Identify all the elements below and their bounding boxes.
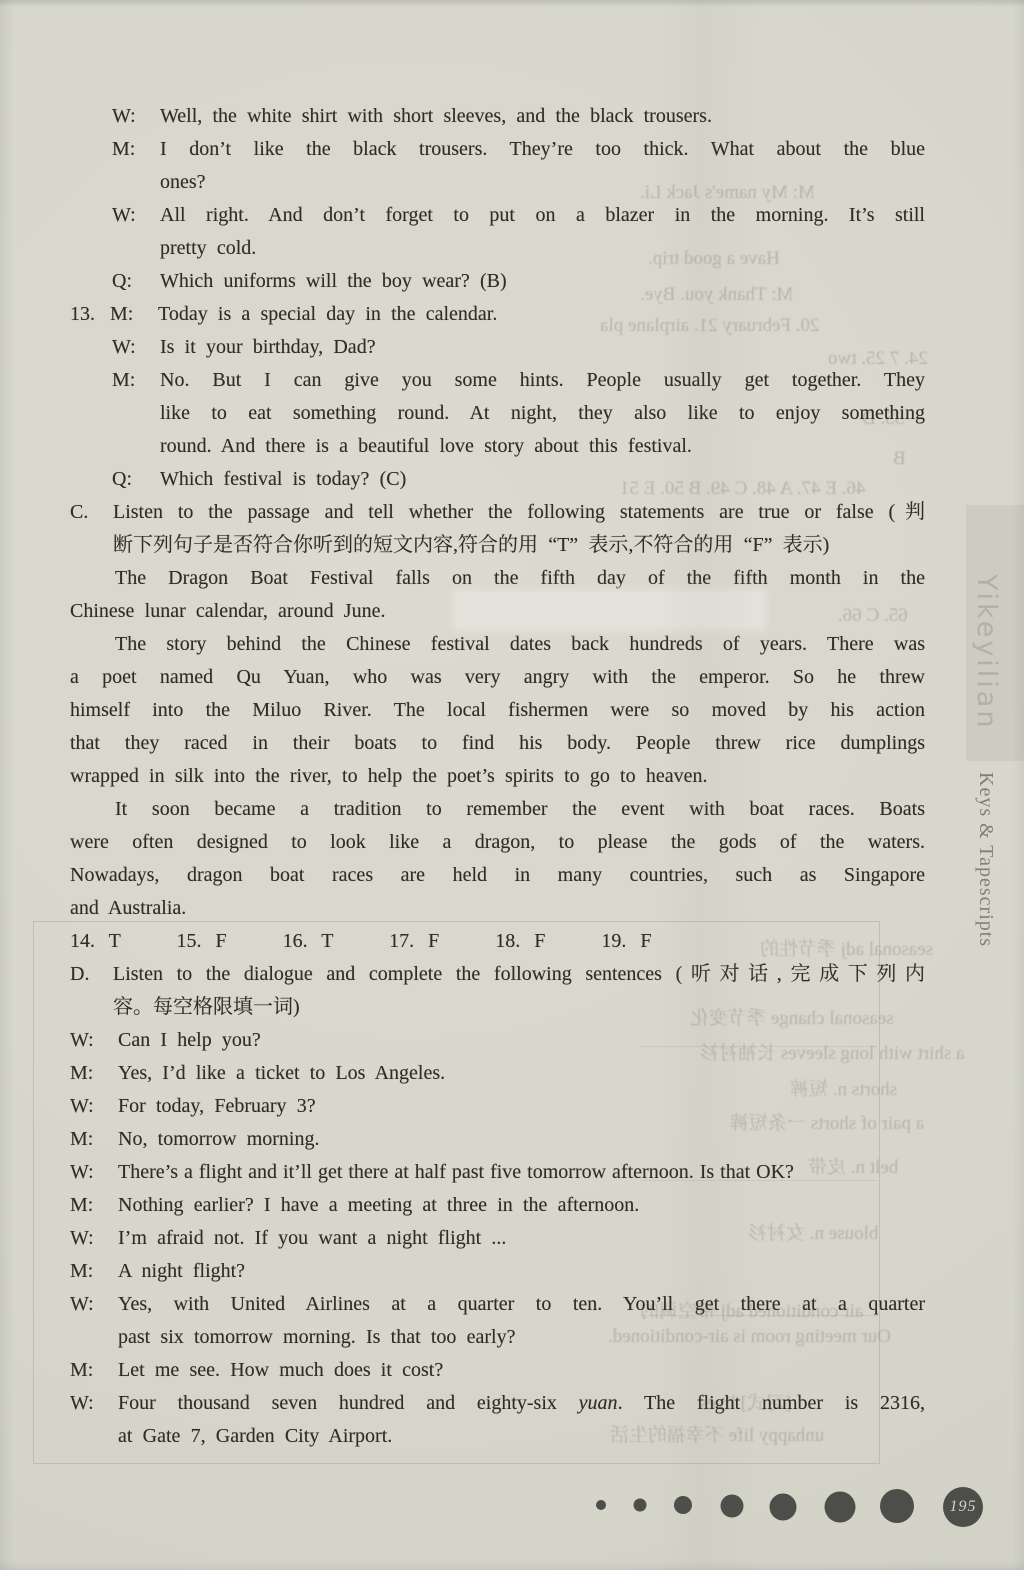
line-text: No, tomorrow morning. bbox=[118, 1128, 320, 1150]
line-text: and Australia. bbox=[70, 897, 186, 919]
line-text: were often designed to look like a drago… bbox=[70, 831, 925, 853]
text-line: ones? bbox=[70, 166, 925, 199]
line-text: The Dragon Boat Festival falls on the fi… bbox=[115, 567, 925, 589]
text-line: 断下列句子是否符合你听到的短文内容,符合的用 “T” 表示,不符合的用 “F” … bbox=[70, 529, 925, 562]
footer-dot bbox=[596, 1500, 606, 1510]
speaker-label: M: bbox=[110, 298, 158, 331]
text-line: W:For today, February 3? bbox=[70, 1090, 925, 1123]
line-text: pretty cold. bbox=[160, 237, 256, 259]
footer-dot bbox=[770, 1494, 797, 1521]
item-number: 13. bbox=[70, 298, 110, 331]
speaker-label: M: bbox=[70, 1255, 118, 1288]
line-text: Listen to the dialogue and complete the … bbox=[113, 963, 925, 985]
line-text: 14. T 15. F 16. T 17. F 18. F 19. F bbox=[70, 930, 651, 952]
text-line: past six tomorrow morning. Is that too e… bbox=[70, 1321, 925, 1354]
speaker-label: W: bbox=[70, 1090, 118, 1123]
speaker-label: W: bbox=[70, 1024, 118, 1057]
line-text: Nothing earlier? I have a meeting at thr… bbox=[118, 1194, 639, 1216]
line-text: I don’t like the black trousers. They’re… bbox=[160, 138, 925, 160]
footer-dot bbox=[880, 1489, 914, 1523]
text-line: W:Yes, with United Airlines at a quarter… bbox=[70, 1288, 925, 1321]
text-line: that they raced in their boats to find h… bbox=[70, 727, 925, 760]
text-line: 13.M:Today is a special day in the calen… bbox=[70, 298, 925, 331]
line-text: I’m afraid not. If you want a night flig… bbox=[118, 1227, 506, 1249]
text-line: 14. T 15. F 16. T 17. F 18. F 19. F bbox=[70, 925, 925, 958]
line-text: Which uniforms will the boy wear? (B) bbox=[160, 270, 507, 292]
text-line: and Australia. bbox=[70, 892, 925, 925]
speaker-label: Q: bbox=[112, 265, 160, 298]
line-text: There’s a flight and it’ll get there at … bbox=[118, 1161, 794, 1183]
text-line: The Dragon Boat Festival falls on the fi… bbox=[70, 562, 925, 595]
line-text: yuan bbox=[579, 1392, 618, 1414]
text-line: like to eat something round. At night, t… bbox=[70, 397, 925, 430]
line-text: Can I help you? bbox=[118, 1029, 261, 1051]
line-text: Is it your birthday, Dad? bbox=[160, 336, 376, 358]
line-text: himself into the Miluo River. The local … bbox=[70, 699, 925, 721]
text-line: M:Let me see. How much does it cost? bbox=[70, 1354, 925, 1387]
footer-dot bbox=[674, 1496, 692, 1514]
speaker-label: M: bbox=[70, 1354, 118, 1387]
speaker-label: C. bbox=[70, 496, 113, 529]
watermark-text: Yikeyilian bbox=[971, 574, 1002, 730]
line-text: 容。每空格限填一词) bbox=[113, 996, 300, 1018]
text-line: W:Is it your birthday, Dad? bbox=[70, 331, 925, 364]
text-line: W:Well, the white shirt with short sleev… bbox=[70, 100, 925, 133]
text-line: W:All right. And don’t forget to put on … bbox=[70, 199, 925, 232]
line-text: Four thousand seven hundred and eighty-s… bbox=[118, 1392, 579, 1414]
scanned-textbook-page: M: My name's Jack Li.Have a good trip.M:… bbox=[0, 0, 1024, 1570]
line-text: Listen to the passage and tell whether t… bbox=[113, 501, 925, 523]
text-line: M:No. But I can give you some hints. Peo… bbox=[70, 364, 925, 397]
speaker-label: W: bbox=[112, 199, 160, 232]
text-line: Nowadays, dragon boat races are held in … bbox=[70, 859, 925, 892]
footer-dot bbox=[721, 1495, 744, 1518]
text-line: It soon became a tradition to remember t… bbox=[70, 793, 925, 826]
text-line: at Gate 7, Garden City Airport. bbox=[70, 1420, 925, 1453]
speaker-label: M: bbox=[70, 1123, 118, 1156]
text-line: M:Nothing earlier? I have a meeting at t… bbox=[70, 1189, 925, 1222]
line-text: A night flight? bbox=[118, 1260, 245, 1282]
text-line: M:No, tomorrow morning. bbox=[70, 1123, 925, 1156]
text-line: 容。每空格限填一词) bbox=[70, 991, 925, 1024]
speaker-label: W: bbox=[112, 331, 160, 364]
text-line: W:There’s a flight and it’ll get there a… bbox=[70, 1156, 925, 1189]
speaker-label: W: bbox=[70, 1288, 118, 1321]
line-text: . The flight number is 2316, bbox=[618, 1392, 925, 1414]
page-number: 195 bbox=[950, 1498, 977, 1516]
line-text: 断下列句子是否符合你听到的短文内容,符合的用 “T” 表示,不符合的用 “F” … bbox=[113, 534, 829, 556]
footer-dot bbox=[634, 1499, 647, 1512]
text-line: wrapped in silk into the river, to help … bbox=[70, 760, 925, 793]
line-text: Yes, with United Airlines at a quarter t… bbox=[118, 1293, 925, 1315]
line-text: Chinese lunar calendar, around June. bbox=[70, 600, 385, 622]
line-text: The story behind the Chinese festival da… bbox=[115, 633, 925, 655]
line-text: past six tomorrow morning. Is that too e… bbox=[118, 1326, 515, 1348]
text-line: D.Listen to the dialogue and complete th… bbox=[70, 958, 925, 991]
text-line: M:A night flight? bbox=[70, 1255, 925, 1288]
transcript-text-block: W:Well, the white shirt with short sleev… bbox=[70, 100, 925, 1453]
text-line: round. And there is a beautiful love sto… bbox=[70, 430, 925, 463]
line-text: Nowadays, dragon boat races are held in … bbox=[70, 864, 925, 886]
speaker-label: M: bbox=[112, 364, 160, 397]
speaker-label: M: bbox=[112, 133, 160, 166]
line-text: Which festival is today? (C) bbox=[160, 468, 406, 490]
speaker-label: W: bbox=[70, 1222, 118, 1255]
line-text: a poet named Qu Yuan, who was very angry… bbox=[70, 666, 925, 688]
line-text: Let me see. How much does it cost? bbox=[118, 1359, 443, 1381]
text-line: W:I’m afraid not. If you want a night fl… bbox=[70, 1222, 925, 1255]
line-text: For today, February 3? bbox=[118, 1095, 316, 1117]
page-number-dot: 195 bbox=[943, 1487, 983, 1527]
line-text: that they raced in their boats to find h… bbox=[70, 732, 925, 754]
text-line: were often designed to look like a drago… bbox=[70, 826, 925, 859]
text-line: a poet named Qu Yuan, who was very angry… bbox=[70, 661, 925, 694]
speaker-label: M: bbox=[70, 1057, 118, 1090]
line-text: It soon became a tradition to remember t… bbox=[115, 798, 925, 820]
line-text: All right. And don’t forget to put on a … bbox=[160, 204, 925, 226]
speaker-label: D. bbox=[70, 958, 113, 991]
text-line: Q:Which festival is today? (C) bbox=[70, 463, 925, 496]
sidebar-section-title: Keys & Tapescripts bbox=[974, 772, 997, 947]
speaker-label: Q: bbox=[112, 463, 160, 496]
speaker-label: W: bbox=[70, 1156, 118, 1189]
text-line: The story behind the Chinese festival da… bbox=[70, 628, 925, 661]
line-text: like to eat something round. At night, t… bbox=[160, 402, 925, 424]
speaker-label: W: bbox=[70, 1387, 118, 1420]
footer-dot bbox=[825, 1492, 856, 1523]
text-line: W:Four thousand seven hundred and eighty… bbox=[70, 1387, 925, 1420]
line-text: Today is a special day in the calendar. bbox=[158, 303, 497, 325]
line-text: round. And there is a beautiful love sto… bbox=[160, 435, 692, 457]
text-line: M:I don’t like the black trousers. They’… bbox=[70, 133, 925, 166]
text-line: pretty cold. bbox=[70, 232, 925, 265]
speaker-label: W: bbox=[112, 100, 160, 133]
text-line: Q:Which uniforms will the boy wear? (B) bbox=[70, 265, 925, 298]
text-line: W:Can I help you? bbox=[70, 1024, 925, 1057]
line-text: Well, the white shirt with short sleeves… bbox=[160, 105, 712, 127]
line-text: ones? bbox=[160, 171, 206, 193]
speaker-label: M: bbox=[70, 1189, 118, 1222]
line-text: wrapped in silk into the river, to help … bbox=[70, 765, 707, 787]
text-line: himself into the Miluo River. The local … bbox=[70, 694, 925, 727]
line-text: No. But I can give you some hints. Peopl… bbox=[160, 369, 925, 391]
redaction-patch bbox=[455, 592, 763, 628]
line-text: at Gate 7, Garden City Airport. bbox=[118, 1425, 392, 1447]
line-text: Yes, I’d like a ticket to Los Angeles. bbox=[118, 1062, 445, 1084]
text-line: M:Yes, I’d like a ticket to Los Angeles. bbox=[70, 1057, 925, 1090]
text-line: C.Listen to the passage and tell whether… bbox=[70, 496, 925, 529]
